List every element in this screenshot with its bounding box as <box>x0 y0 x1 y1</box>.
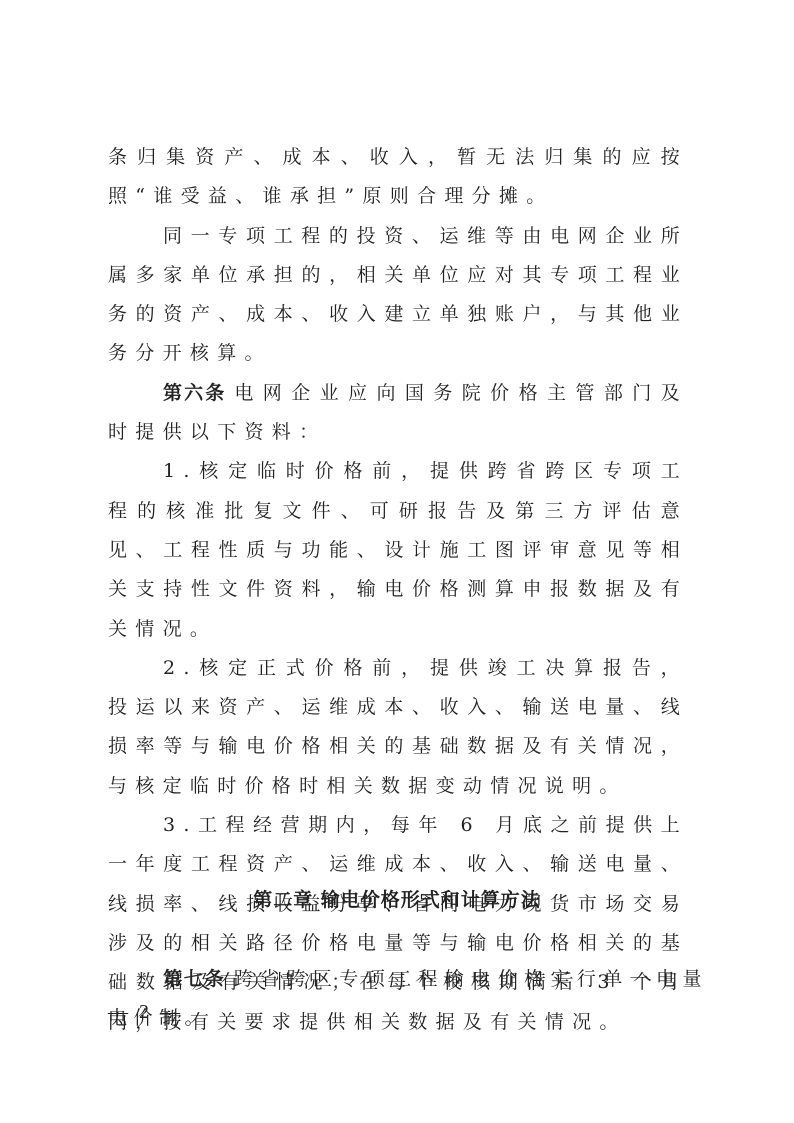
article-6: 第六条电网企业应向国务院价格主管部门及时提供以下资料： <box>108 374 688 453</box>
article-7: 第七条跨省跨区专项工程输电价格实行单一电量电价制。 <box>108 960 708 1039</box>
list-item-1: 1.核定临时价格前，提供跨省跨区专项工程的核准批复文件、可研报告及第三方评估意见… <box>108 452 688 648</box>
page-number: — 2 — <box>108 1001 183 1024</box>
paragraph-continuation: 条归集资产、成本、收入，暂无法归集的应按照“谁受益、谁承担”原则合理分摊。 <box>108 138 688 217</box>
paragraph-text: 2.核定正式价格前，提供竣工决算报告，投运以来资产、运维成本、收入、输送电量、线… <box>108 657 688 797</box>
article-label: 第六条 <box>163 382 226 404</box>
chapter-heading: 第二章 输电价格形式和计算方法 <box>0 885 794 912</box>
paragraph-text: 条归集资产、成本、收入，暂无法归集的应按照“谁受益、谁承担”原则合理分摊。 <box>108 146 688 207</box>
article-label: 第七条 <box>163 968 226 990</box>
paragraph-accounting: 同一专项工程的投资、运维等由电网企业所属多家单位承担的，相关单位应对其专项工程业… <box>108 217 688 374</box>
list-item-2: 2.核定正式价格前，提供竣工决算报告，投运以来资产、运维成本、收入、输送电量、线… <box>108 649 688 806</box>
paragraph-text: 同一专项工程的投资、运维等由电网企业所属多家单位承担的，相关单位应对其专项工程业… <box>108 225 688 365</box>
paragraph-text: 1.核定临时价格前，提供跨省跨区专项工程的核准批复文件、可研报告及第三方评估意见… <box>108 460 688 639</box>
